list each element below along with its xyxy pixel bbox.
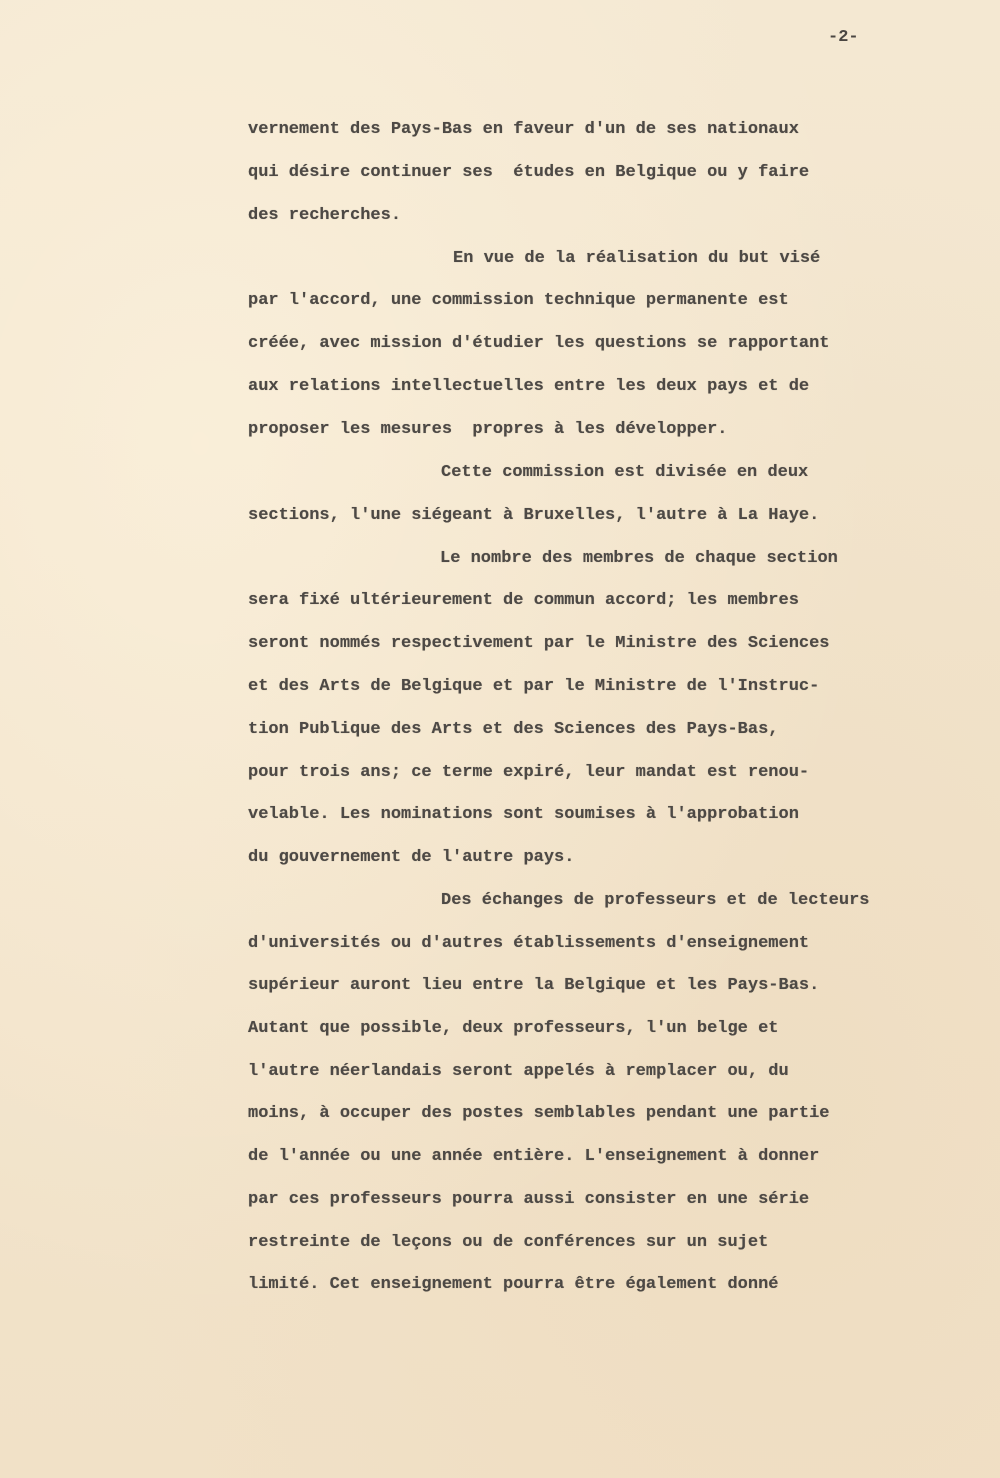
text-line: sections, l'une siégeant à Bruxelles, l'… [248,506,819,526]
text-line: des recherches. [248,206,401,226]
text-line: Des échanges de professeurs et de lecteu… [441,891,869,911]
text-line: pour trois ans; ce terme expiré, leur ma… [248,763,809,783]
text-line: d'universités ou d'autres établissements… [248,934,809,954]
text-line: Autant que possible, deux professeurs, l… [248,1019,779,1039]
text-line: du gouvernement de l'autre pays. [248,848,574,868]
text-line: créée, avec mission d'étudier les questi… [248,334,830,354]
text-line: moins, à occuper des postes semblables p… [248,1104,830,1124]
text-line: sera fixé ultérieurement de commun accor… [248,591,799,611]
text-line: de l'année ou une année entière. L'ensei… [248,1147,819,1167]
text-line: Le nombre des membres de chaque section [440,549,838,569]
text-line: par l'accord, une commission technique p… [248,291,789,311]
text-line: qui désire continuer ses études en Belgi… [248,163,809,183]
text-line: aux relations intellectuelles entre les … [248,377,809,397]
text-line: velable. Les nominations sont soumises à… [248,805,799,825]
text-line: Cette commission est divisée en deux [441,463,808,483]
text-line: tion Publique des Arts et des Sciences d… [248,720,779,740]
page-number: -2- [828,28,859,47]
text-line: En vue de la réalisation du but visé [453,249,820,269]
text-line: seront nommés respectivement par le Mini… [248,634,830,654]
text-line: proposer les mesures propres à les dével… [248,420,727,440]
text-line: par ces professeurs pourra aussi consist… [248,1190,809,1210]
text-line: l'autre néerlandais seront appelés à rem… [248,1062,789,1082]
text-line: limité. Cet enseignement pourra être éga… [248,1275,779,1295]
text-line: vernement des Pays-Bas en faveur d'un de… [248,120,799,140]
text-line: et des Arts de Belgique et par le Minist… [248,677,819,697]
text-line: supérieur auront lieu entre la Belgique … [248,976,819,996]
typewritten-page: -2- vernement des Pays-Bas en faveur d'u… [0,0,1000,1478]
text-line: restreinte de leçons ou de conférences s… [248,1233,768,1253]
